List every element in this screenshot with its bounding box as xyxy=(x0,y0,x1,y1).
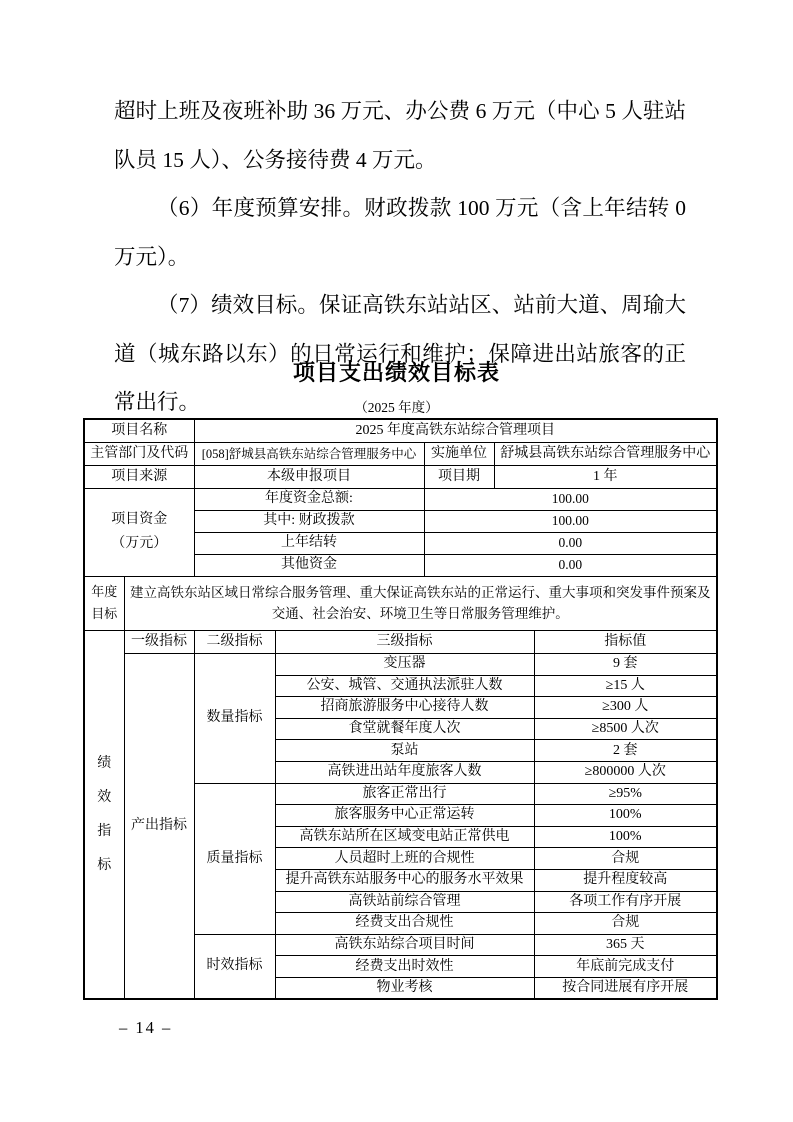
indicator-value: ≥800000 人次 xyxy=(534,761,717,783)
page-number: – 14 – xyxy=(119,1018,172,1038)
indicator-name: 高铁东站综合项目时间 xyxy=(275,934,534,956)
document-page: 超时上班及夜班补助 36 万元、办公费 6 万元（中心 5 人驻站队员 15 人… xyxy=(0,0,793,1122)
indicator-name: 物业考核 xyxy=(275,977,534,999)
table-row: 项目名称 2025 年度高铁东站综合管理项目 xyxy=(84,419,717,442)
indicator-value: 2 套 xyxy=(534,740,717,762)
funds-carryover-label: 上年结转 xyxy=(194,532,424,554)
annual-goal-label: 年度目标 xyxy=(84,577,124,631)
indicator-value: 9 套 xyxy=(534,654,717,676)
indicator-value: ≥15 人 xyxy=(534,675,717,697)
paragraph-budget: （6）年度预算安排。财政拨款 100 万元（含上年结转 0 万元）。 xyxy=(114,184,686,281)
indicator-value: 合规 xyxy=(534,913,717,935)
impl-unit-label: 实施单位 xyxy=(424,442,494,465)
period-label: 项目期 xyxy=(424,465,494,488)
funds-carryover-value: 0.00 xyxy=(424,532,717,554)
indicator-header-row: 绩效指标 一级指标 二级指标 三级指标 指标值 xyxy=(84,631,717,654)
timeliness-indicator-label: 时效指标 xyxy=(194,934,275,999)
funds-total-label: 年度资金总额: xyxy=(194,488,424,510)
funds-fiscal-label: 其中: 财政拨款 xyxy=(194,510,424,532)
table-row: 主管部门及代码 [058]舒城县高铁东站综合管理服务中心 实施单位 舒城县高铁东… xyxy=(84,442,717,465)
impl-unit-value: 舒城县高铁东站综合管理服务中心 xyxy=(494,442,717,465)
indicator-name: 经费支出合规性 xyxy=(275,913,534,935)
indicator-value: 365 天 xyxy=(534,934,717,956)
indicator-value: 提升程度较高 xyxy=(534,869,717,891)
indicator-value: ≥300 人 xyxy=(534,697,717,719)
project-name-label: 项目名称 xyxy=(84,419,194,442)
indicator-value: 年底前完成支付 xyxy=(534,956,717,978)
period-value: 1 年 xyxy=(494,465,717,488)
source-label: 项目来源 xyxy=(84,465,194,488)
indicator-value: ≥8500 人次 xyxy=(534,718,717,740)
annual-goal-text: 建立高铁东站区域日常综合服务管理、重大保证高铁东站的正常运行、重大事项和突发事件… xyxy=(124,577,717,631)
indicator-name: 变压器 xyxy=(275,654,534,676)
indicator-row: 产出指标 数量指标 变压器 9 套 xyxy=(84,654,717,676)
indicator-name: 高铁站前综合管理 xyxy=(275,891,534,913)
project-name-value: 2025 年度高铁东站综合管理项目 xyxy=(194,419,717,442)
table-subtitle: （2025 年度） xyxy=(0,396,793,416)
header-level2: 二级指标 xyxy=(194,631,275,654)
table-row: 项目来源 本级申报项目 项目期 1 年 xyxy=(84,465,717,488)
indicator-name: 人员超时上班的合规性 xyxy=(275,848,534,870)
performance-target-table: 项目名称 2025 年度高铁东站综合管理项目 主管部门及代码 [058]舒城县高… xyxy=(83,418,716,1000)
indicator-name: 提升高铁东站服务中心的服务水平效果 xyxy=(275,869,534,891)
indicator-value: 按合同进展有序开展 xyxy=(534,977,717,999)
indicator-name: 高铁进出站年度旅客人数 xyxy=(275,761,534,783)
indicator-table: 年度目标 建立高铁东站区域日常综合服务管理、重大保证高铁东站的正常运行、重大事项… xyxy=(83,577,718,1001)
table-row: 项目资金（万元） 年度资金总额: 100.00 xyxy=(84,488,717,510)
indicator-value: 各项工作有序开展 xyxy=(534,891,717,913)
header-level1: 一级指标 xyxy=(124,631,194,654)
indicator-name: 经费支出时效性 xyxy=(275,956,534,978)
project-info-table: 项目名称 2025 年度高铁东站综合管理项目 主管部门及代码 [058]舒城县高… xyxy=(83,418,718,577)
funds-fiscal-value: 100.00 xyxy=(424,510,717,532)
indicator-name: 招商旅游服务中心接待人数 xyxy=(275,697,534,719)
indicator-value: ≥95% xyxy=(534,783,717,805)
header-level3: 三级指标 xyxy=(275,631,534,654)
funds-other-label: 其他资金 xyxy=(194,554,424,576)
indicator-name: 旅客正常出行 xyxy=(275,783,534,805)
indicator-name: 泵站 xyxy=(275,740,534,762)
indicator-name: 食堂就餐年度人次 xyxy=(275,718,534,740)
funds-other-value: 0.00 xyxy=(424,554,717,576)
quantity-indicator-label: 数量指标 xyxy=(194,654,275,784)
annual-goal-row: 年度目标 建立高铁东站区域日常综合服务管理、重大保证高铁东站的正常运行、重大事项… xyxy=(84,577,717,631)
dept-label: 主管部门及代码 xyxy=(84,442,194,465)
performance-indicator-side-label: 绩效指标 xyxy=(84,631,124,1000)
funds-total-value: 100.00 xyxy=(424,488,717,510)
header-value: 指标值 xyxy=(534,631,717,654)
indicator-name: 高铁东站所在区域变电站正常供电 xyxy=(275,826,534,848)
indicator-value: 100% xyxy=(534,805,717,827)
indicator-value: 合规 xyxy=(534,848,717,870)
paragraph-continued: 超时上班及夜班补助 36 万元、办公费 6 万元（中心 5 人驻站队员 15 人… xyxy=(114,87,686,184)
source-value: 本级申报项目 xyxy=(194,465,424,488)
output-indicator-label: 产出指标 xyxy=(124,654,194,1000)
funds-label: 项目资金（万元） xyxy=(84,488,194,576)
quality-indicator-label: 质量指标 xyxy=(194,783,275,934)
dept-value: [058]舒城县高铁东站综合管理服务中心 xyxy=(194,442,424,465)
indicator-value: 100% xyxy=(534,826,717,848)
indicator-name: 旅客服务中心正常运转 xyxy=(275,805,534,827)
indicator-name: 公安、城管、交通执法派驻人数 xyxy=(275,675,534,697)
table-title: 项目支出绩效目标表 xyxy=(0,356,793,387)
